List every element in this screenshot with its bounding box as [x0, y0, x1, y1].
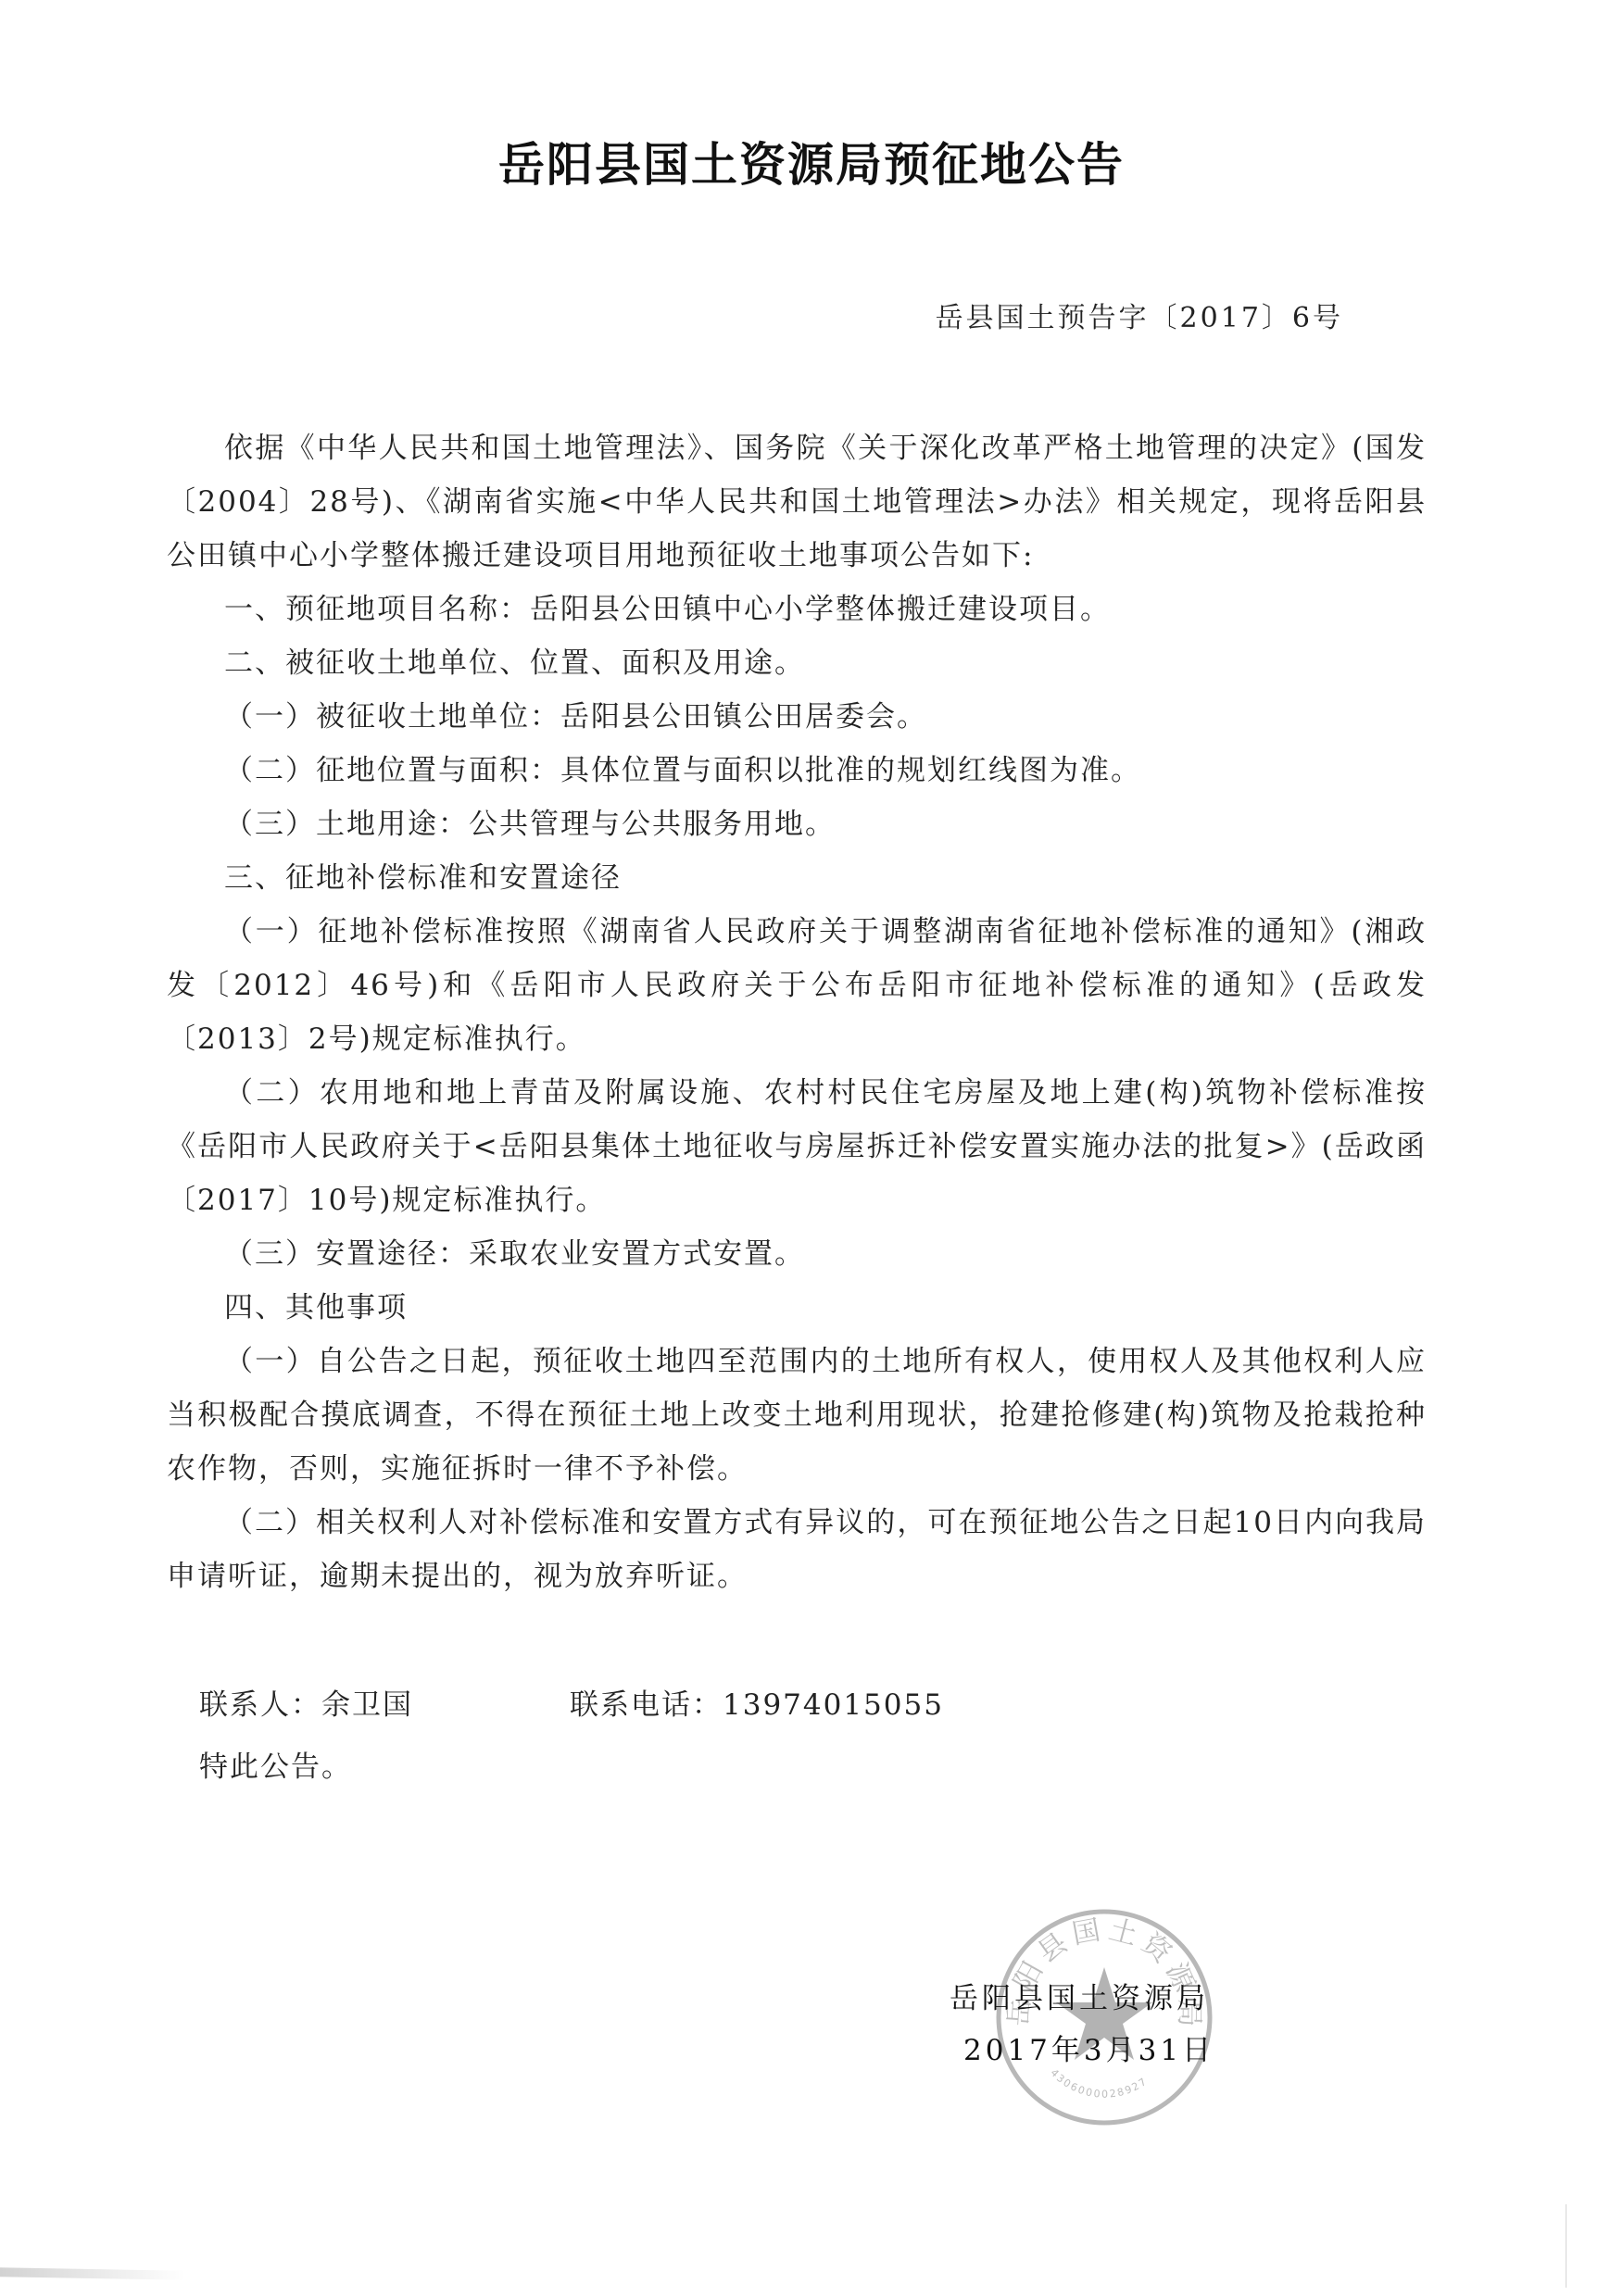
section-3-item-2: （二）农用地和地上青苗及附属设施、农村村民住宅房屋及地上建(构)筑物补偿标准按《… — [167, 1066, 1427, 1227]
scan-edge-line — [1566, 2204, 1566, 2288]
document-number: 岳县国土预告字〔2017〕6号 — [936, 295, 1343, 335]
contact-row: 联系人：余卫国 联系电话：13974015055 — [199, 1681, 413, 1723]
section-2-heading: 二、被征收土地单位、位置、面积及用途。 — [167, 636, 1427, 690]
document-page: 岳阳县国土资源局预征地公告 岳县国土预告字〔2017〕6号 依据《中华人民共和国… — [0, 0, 1623, 2296]
section-2-item-1: （一）被征收土地单位：岳阳县公田镇公田居委会。 — [167, 690, 1427, 744]
section-4-item-1: （一）自公告之日起，预征收土地四至范围内的土地所有权人，使用权人及其他权利人应当… — [167, 1335, 1427, 1496]
signature-organization: 岳阳县国土资源局 — [950, 1975, 1209, 2016]
svg-text:4306000028927: 4306000028927 — [1048, 2066, 1150, 2100]
section-4-heading: 四、其他事项 — [167, 1281, 1427, 1335]
closing-statement: 特此公告。 — [199, 1743, 352, 1785]
section-3-heading: 三、征地补偿标准和安置途径 — [167, 851, 1427, 905]
scan-smudge — [0, 2267, 185, 2279]
official-seal-icon: 岳阳县国土资源局 4306000028927 — [989, 1902, 1219, 2132]
document-title: 岳阳县国土资源局预征地公告 — [0, 128, 1623, 194]
section-2-item-2: （二）征地位置与面积：具体位置与面积以批准的规划红线图为准。 — [167, 744, 1427, 797]
section-3-item-3: （三）安置途径：采取农业安置方式安置。 — [167, 1227, 1427, 1281]
signature-date: 2017年3月31日 — [963, 2026, 1214, 2068]
section-3-item-1: （一）征地补偿标准按照《湖南省人民政府关于调整湖南省征地补偿标准的通知》(湘政发… — [167, 905, 1427, 1066]
contact-phone: 联系电话：13974015055 — [570, 1681, 944, 1723]
contact-person: 联系人：余卫国 — [199, 1688, 413, 1722]
section-1-heading: 一、预征地项目名称：岳阳县公田镇中心小学整体搬迁建设项目。 — [167, 583, 1427, 636]
section-2-item-3: （三）土地用途：公共管理与公共服务用地。 — [167, 797, 1427, 851]
section-4-item-2: （二）相关权利人对补偿标准和安置方式有异议的，可在预征地公告之日起10日内向我局… — [167, 1496, 1427, 1603]
document-body: 依据《中华人民共和国土地管理法》、国务院《关于深化改革严格土地管理的决定》(国发… — [167, 421, 1427, 1603]
intro-paragraph: 依据《中华人民共和国土地管理法》、国务院《关于深化改革严格土地管理的决定》(国发… — [167, 421, 1427, 583]
